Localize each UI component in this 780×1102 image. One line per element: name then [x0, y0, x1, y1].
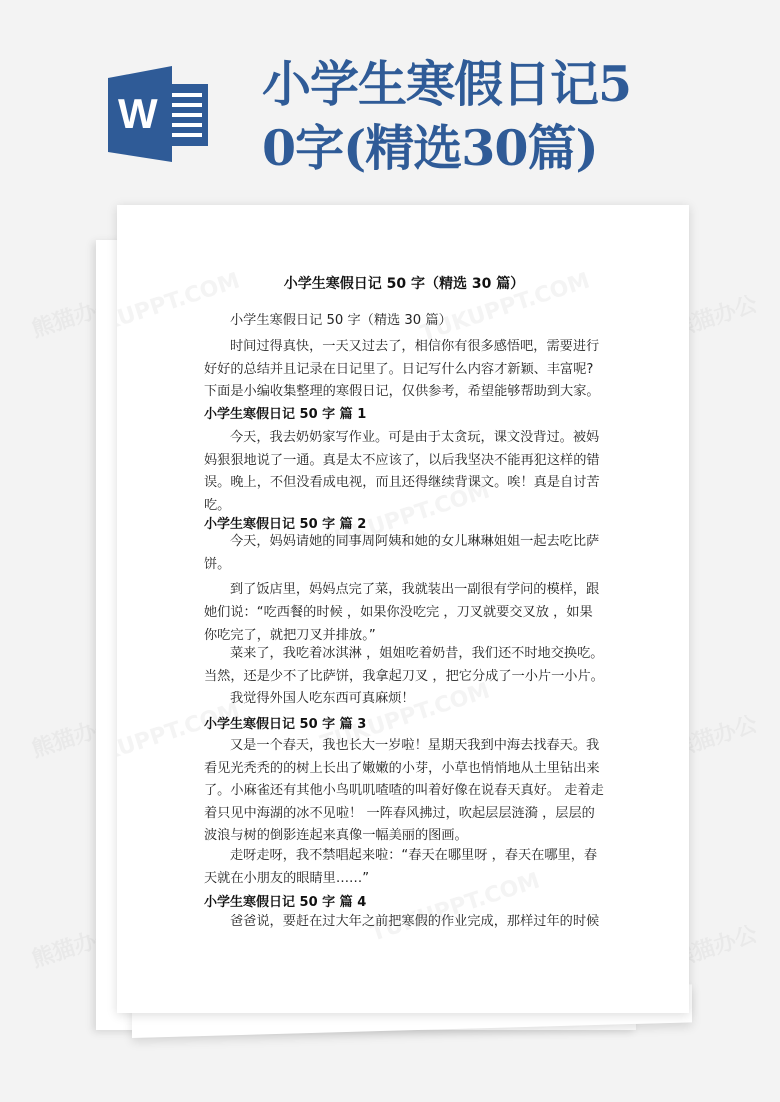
section-paragraph: 当然，还是少不了比萨饼，我拿起刀叉 ，把它分成了一小片一小片。 [204, 666, 604, 689]
section-paragraph: 我觉得外国人吃东西可真麻烦！ [204, 688, 604, 711]
section-paragraph: 爸爸说，要赶在过大年之前把寒假的作业完成，那样过年的时候 [204, 911, 604, 934]
word-document-icon: W [108, 66, 208, 162]
section-paragraph: 菜来了，我吃着冰淇淋 ，姐姐吃着奶昔，我们还不时地交换吃。 [204, 643, 604, 666]
section-paragraph: 今天，我去奶奶家写作业。可是由于太贪玩，课文没背过。被妈妈狠狠地说了一通。真是太… [204, 427, 604, 517]
section-heading: 小学生寒假日记 50 字 篇 2 [204, 513, 366, 532]
section-paragraph: 走呀走呀，我不禁唱起来啦：“春天在哪里呀 ，春天在哪里，春天就在小朋友的眼睛里…… [204, 845, 604, 890]
section-paragraph: 又是一个春天，我也长大一岁啦！星期天我到中海去找春天。我看见光秃秃的的树上长出了… [204, 735, 604, 848]
section-paragraph: 今天，妈妈请她的同事周阿姨和她的女儿琳琳姐姐一起去吃比萨饼。 [204, 531, 604, 576]
section-heading: 小学生寒假日记 50 字 篇 4 [204, 891, 366, 910]
svg-text:W: W [118, 90, 158, 137]
intro-paragraph: 时间过得真快，一天又过去了，相信你有很多感悟吧，需要进行好好的总结并且记录在日记… [204, 336, 604, 404]
page-title: 小学生寒假日记50字(精选30篇) [262, 52, 662, 180]
document-subtitle: 小学生寒假日记 50 字（精选 30 篇） [204, 310, 604, 333]
section-heading: 小学生寒假日记 50 字 篇 3 [204, 713, 366, 732]
document-page: TUKUPPT.COM TUKUPPT.COM TUKUPPT.COM TUKU… [117, 205, 689, 1013]
section-paragraph: 到了饭店里，妈妈点完了菜，我就装出一副很有学问的模样，跟她们说：“吃西餐的时候 … [204, 578, 604, 647]
section-heading: 小学生寒假日记 50 字 篇 1 [204, 403, 366, 422]
document-title: 小学生寒假日记 50 字（精选 30 篇） [204, 273, 604, 293]
